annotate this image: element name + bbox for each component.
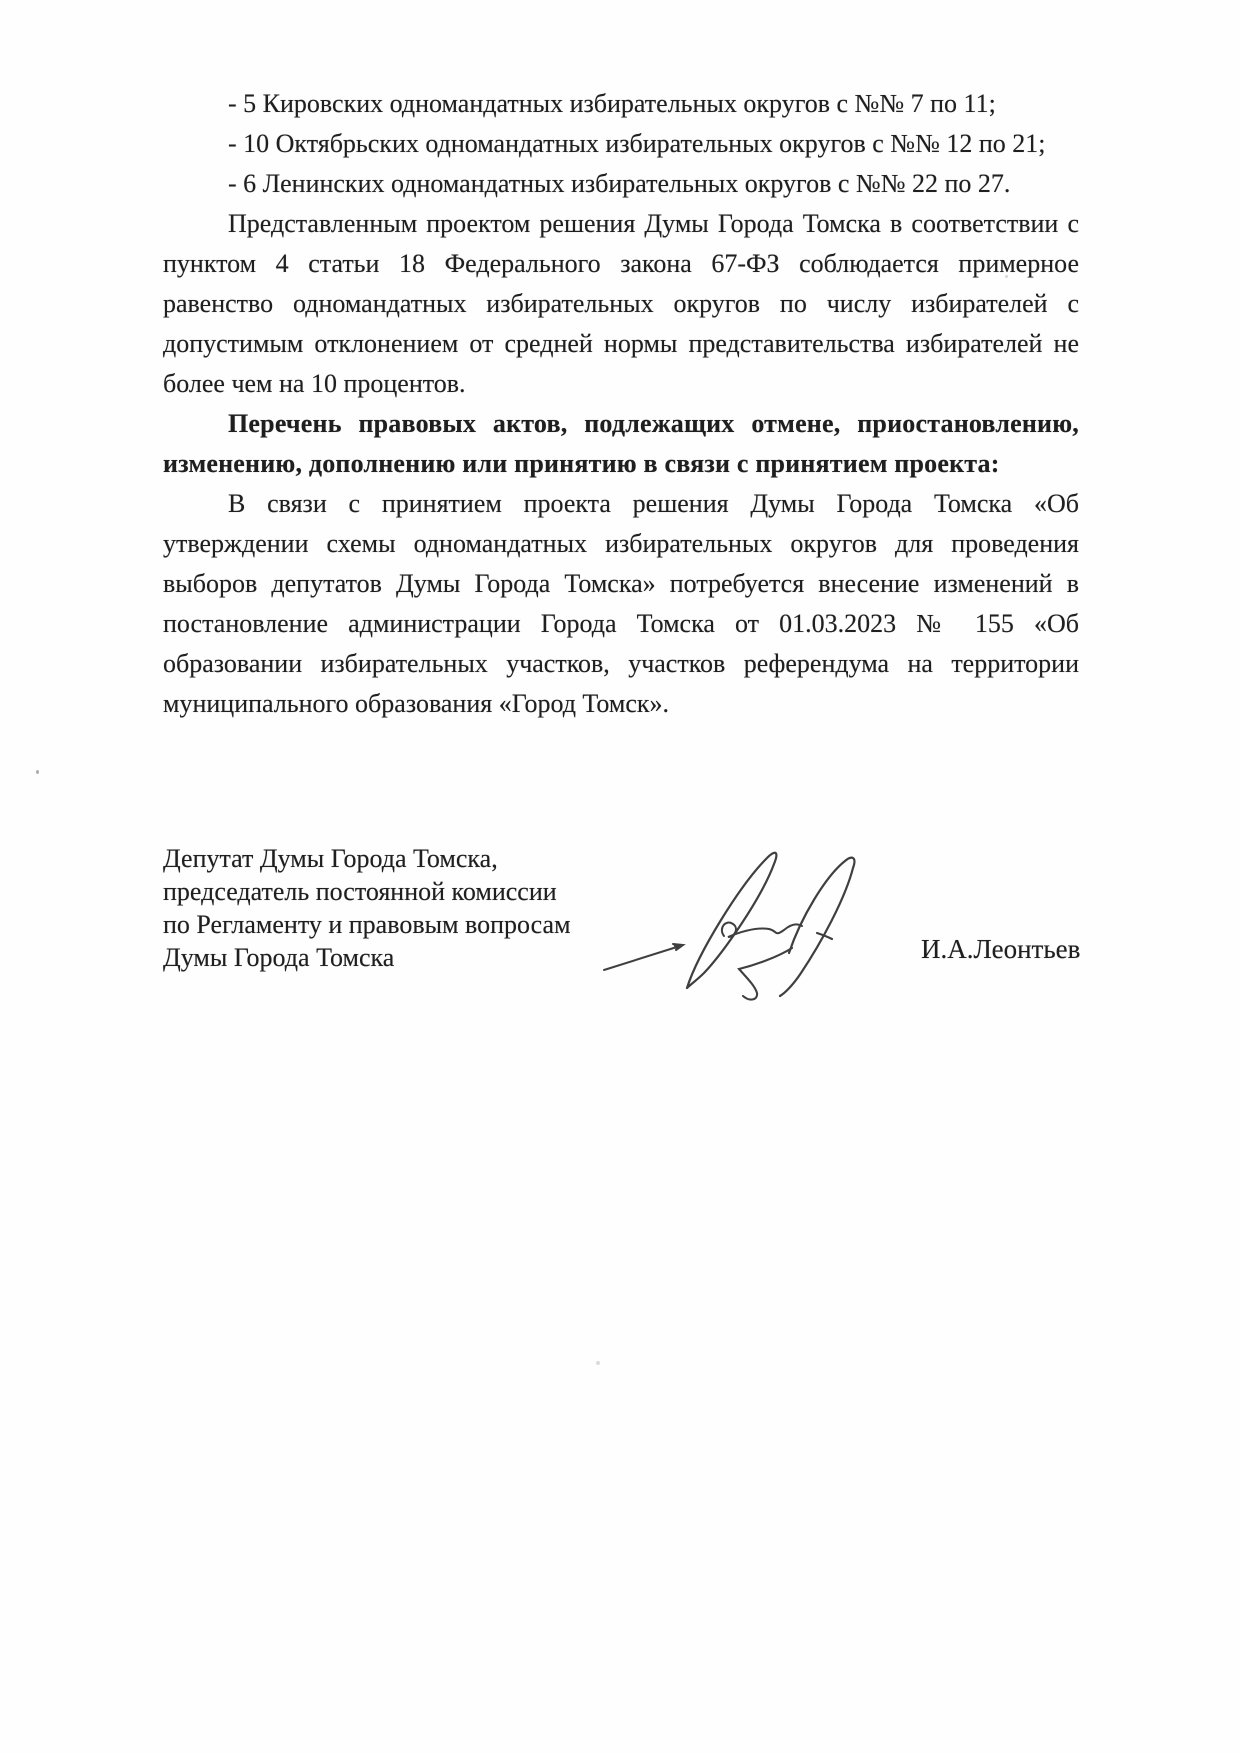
scan-speck <box>596 1361 600 1365</box>
paragraph-equality-of-districts: Представленным проектом решения Думы Гор… <box>163 204 1079 404</box>
handwritten-signature <box>540 757 880 1017</box>
scanned-document-page: - 5 Кировских одномандатных избирательны… <box>0 0 1240 1753</box>
document-body: - 5 Кировских одномандатных избирательны… <box>163 84 1079 1002</box>
signatory-position: Депутат Думы Города Томска, председатель… <box>163 842 593 974</box>
paragraph-required-changes: В связи с принятием проекта решения Думы… <box>163 484 1079 724</box>
signature-block: Депутат Думы Города Томска, председатель… <box>163 842 1079 1002</box>
signatory-name: И.А.Леонтьев <box>921 934 1080 965</box>
signatory-position-line: председатель постоянной комиссии <box>163 875 593 908</box>
signatory-position-line: Думы Города Томска <box>163 941 593 974</box>
scan-speck <box>1005 275 1008 278</box>
district-list-item-kirovsky: - 5 Кировских одномандатных избирательны… <box>163 84 1079 124</box>
district-list-item-leninsky: - 6 Ленинских одномандатных избирательны… <box>163 164 1079 204</box>
signatory-position-line: Депутат Думы Города Томска, <box>163 842 593 875</box>
district-list-item-oktyabrsky: - 10 Октябрьских одномандатных избирател… <box>163 124 1079 164</box>
heading-legal-acts-list: Перечень правовых актов, подлежащих отме… <box>163 404 1079 484</box>
signatory-position-line: по Регламенту и правовым вопросам <box>163 908 593 941</box>
scan-speck <box>36 770 39 774</box>
